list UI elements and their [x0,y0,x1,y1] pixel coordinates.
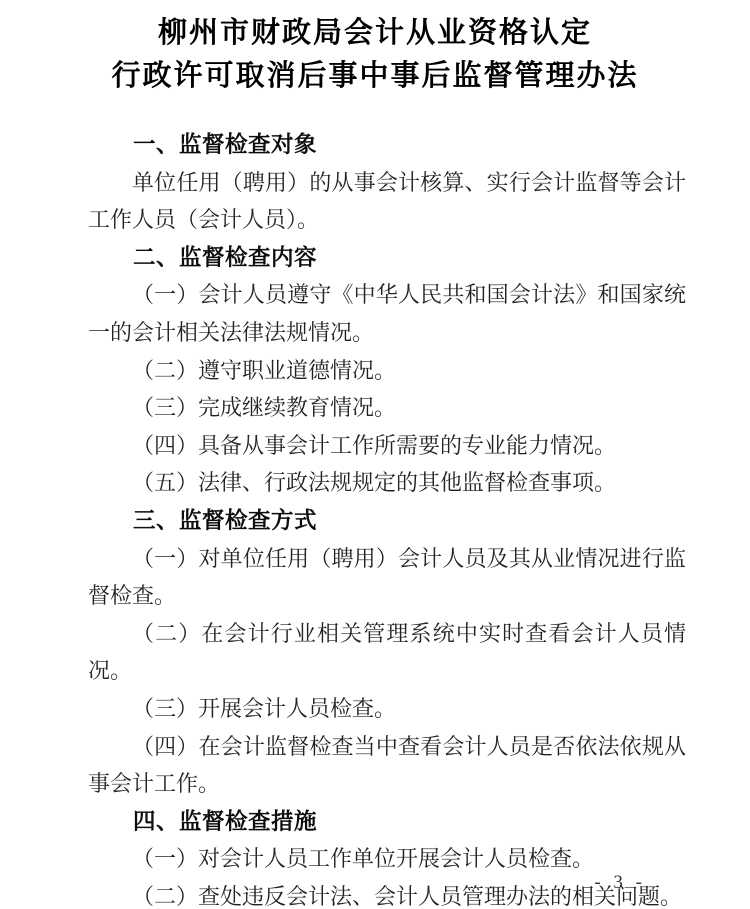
section-3-paragraph-1: （一）对单位任用（聘用）会计人员及其从业情况进行监督检查。 [88,540,686,615]
section-3-paragraph-4: （四）在会计监督检查当中查看会计人员是否依法依规从事会计工作。 [88,728,686,803]
section-2-heading: 二、监督检查内容 [88,239,686,277]
section-4-heading: 四、监督检查措施 [88,803,686,841]
section-3-heading: 三、监督检查方式 [88,502,686,540]
document-page: 柳州市财政局会计从业资格认定 行政许可取消后事中事后监督管理办法 一、监督检查对… [0,0,750,909]
section-1-heading: 一、监督检查对象 [88,126,686,164]
section-2-paragraph-5: （五）法律、行政法规规定的其他监督检查事项。 [88,464,686,502]
document-title-line-2: 行政许可取消后事中事后监督管理办法 [40,55,710,98]
section-2-paragraph-3: （三）完成继续教育情况。 [88,389,686,427]
section-2-paragraph-1: （一）会计人员遵守《中华人民共和国会计法》和国家统一的会计相关法律法规情况。 [88,276,686,351]
document-title: 柳州市财政局会计从业资格认定 行政许可取消后事中事后监督管理办法 [40,12,710,98]
section-3-paragraph-2: （二）在会计行业相关管理系统中实时查看会计人员情况。 [88,615,686,690]
page-number: - 3 - [594,872,646,894]
section-3-paragraph-3: （三）开展会计人员检查。 [88,690,686,728]
document-body: 一、监督检查对象 单位任用（聘用）的从事会计核算、实行会计监督等会计工作人员（会… [88,126,686,909]
section-2-paragraph-4: （四）具备从事会计工作所需要的专业能力情况。 [88,427,686,465]
document-title-line-1: 柳州市财政局会计从业资格认定 [40,12,710,55]
section-1-paragraph-1: 单位任用（聘用）的从事会计核算、实行会计监督等会计工作人员（会计人员）。 [88,164,686,239]
section-2-paragraph-2: （二）遵守职业道德情况。 [88,352,686,390]
